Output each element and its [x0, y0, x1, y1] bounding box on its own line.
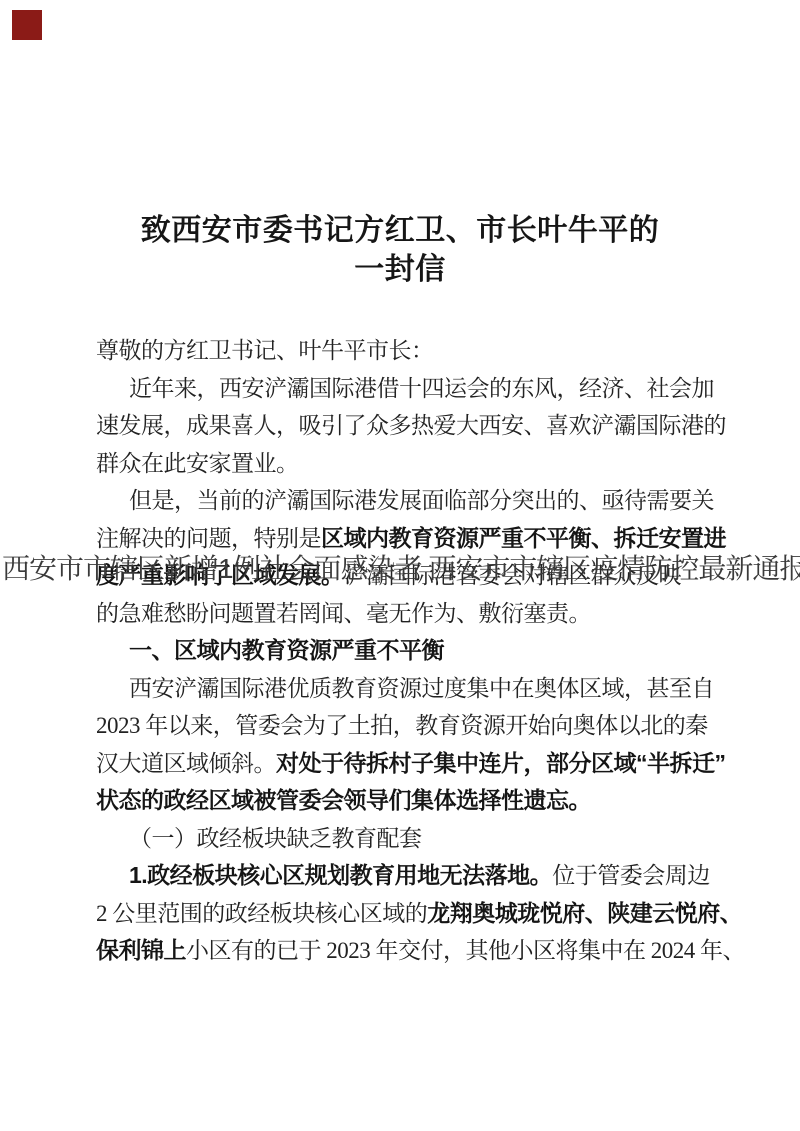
- letter-text: 2023 年以来，管委会为了土拍，教育资源开始向奥体以北的秦: [96, 713, 708, 738]
- letter-text-bold: 保利锦上: [96, 937, 186, 963]
- letter-text-bold: 状态的政经区域被管委会领导们集体选择性遗忘。: [96, 787, 591, 813]
- document-title-line2: 一封信: [80, 250, 720, 289]
- letter-body: 尊敬的方红卫书记、叶牛平市长：近年来，西安浐灞国际港借十四运会的东风，经济、社会…: [96, 332, 744, 970]
- letter-line: 尊敬的方红卫书记、叶牛平市长：: [96, 332, 744, 370]
- letter-text-bold: 区域内教育资源严重不平衡、拆迁安置进: [321, 525, 726, 551]
- letter-line: 一、区域内教育资源严重不平衡: [96, 632, 744, 670]
- letter-line: 2023 年以来，管委会为了土拍，教育资源开始向奥体以北的秦: [96, 707, 744, 745]
- letter-line: 群众在此安家置业。: [96, 445, 744, 483]
- letter-line: 的急难愁盼问题置若罔闻、毫无作为、敷衍塞责。: [96, 595, 744, 633]
- letter-text-bold: 对处于待拆村子集中连片，部分区域“半拆迁”: [276, 750, 726, 776]
- letter-line: 状态的政经区域被管委会领导们集体选择性遗忘。: [96, 782, 744, 820]
- document-title-line1: 致西安市委书记方红卫、市长叶牛平的: [80, 211, 720, 250]
- letter-text-bold: 龙翔奥城珑悦府、陕建云悦府、: [427, 900, 742, 926]
- letter-text: 2 公里范围的政经板块核心区域的: [96, 901, 427, 926]
- letter-line: 保利锦上小区有的已于 2023 年交付，其他小区将集中在 2024 年、: [96, 932, 744, 970]
- letter-text: 速发展，成果喜人，吸引了众多热爱大西安、喜欢浐灞国际港的: [96, 413, 726, 438]
- letter-line: 西安浐灞国际港优质教育资源过度集中在奥体区域，甚至自: [96, 670, 744, 708]
- letter-text: 群众在此安家置业。: [96, 451, 299, 476]
- letter-text: 近年来，西安浐灞国际港借十四运会的东风，经济、社会加: [129, 376, 714, 401]
- letter-line: 近年来，西安浐灞国际港借十四运会的东风，经济、社会加: [96, 370, 744, 408]
- letter-text: 注解决的问题，特别是: [96, 526, 321, 551]
- letter-text: 小区有的已于 2023 年交付，其他小区将集中在 2024 年、: [186, 938, 745, 963]
- letter-line: 汉大道区域倾斜。对处于待拆村子集中连片，部分区域“半拆迁”: [96, 745, 744, 783]
- overlay-headline: 西安市市辖区新增1例社会面感染者 西安市市辖区疫情防控最新通报: [2, 550, 800, 588]
- letter-text-bold: 1.政经板块核心区规划教育用地无法落地。: [129, 862, 552, 888]
- letter-text-bold: 一、区域内教育资源严重不平衡: [129, 637, 444, 663]
- letter-line: （一）政经板块缺乏教育配套: [96, 820, 744, 858]
- letter-line: 速发展，成果喜人，吸引了众多热爱大西安、喜欢浐灞国际港的: [96, 407, 744, 445]
- document-title: 致西安市委书记方红卫、市长叶牛平的 一封信: [80, 211, 720, 289]
- letter-text: 但是，当前的浐灞国际港发展面临部分突出的、亟待需要关: [129, 488, 714, 513]
- letter-line: 但是，当前的浐灞国际港发展面临部分突出的、亟待需要关: [96, 482, 744, 520]
- letter-line: 2 公里范围的政经板块核心区域的龙翔奥城珑悦府、陕建云悦府、: [96, 895, 744, 933]
- letter-text: （一）政经板块缺乏教育配套: [129, 826, 422, 851]
- letter-line: 1.政经板块核心区规划教育用地无法落地。位于管委会周边: [96, 857, 744, 895]
- site-logo-square: [12, 10, 42, 40]
- letter-text: 西安浐灞国际港优质教育资源过度集中在奥体区域，甚至自: [129, 676, 714, 701]
- letter-text: 的急难愁盼问题置若罔闻、毫无作为、敷衍塞责。: [96, 601, 591, 626]
- letter-text: 汉大道区域倾斜。: [96, 751, 276, 776]
- letter-text: 尊敬的方红卫书记、叶牛平市长：: [96, 338, 434, 363]
- letter-text: 位于管委会周边: [552, 863, 710, 888]
